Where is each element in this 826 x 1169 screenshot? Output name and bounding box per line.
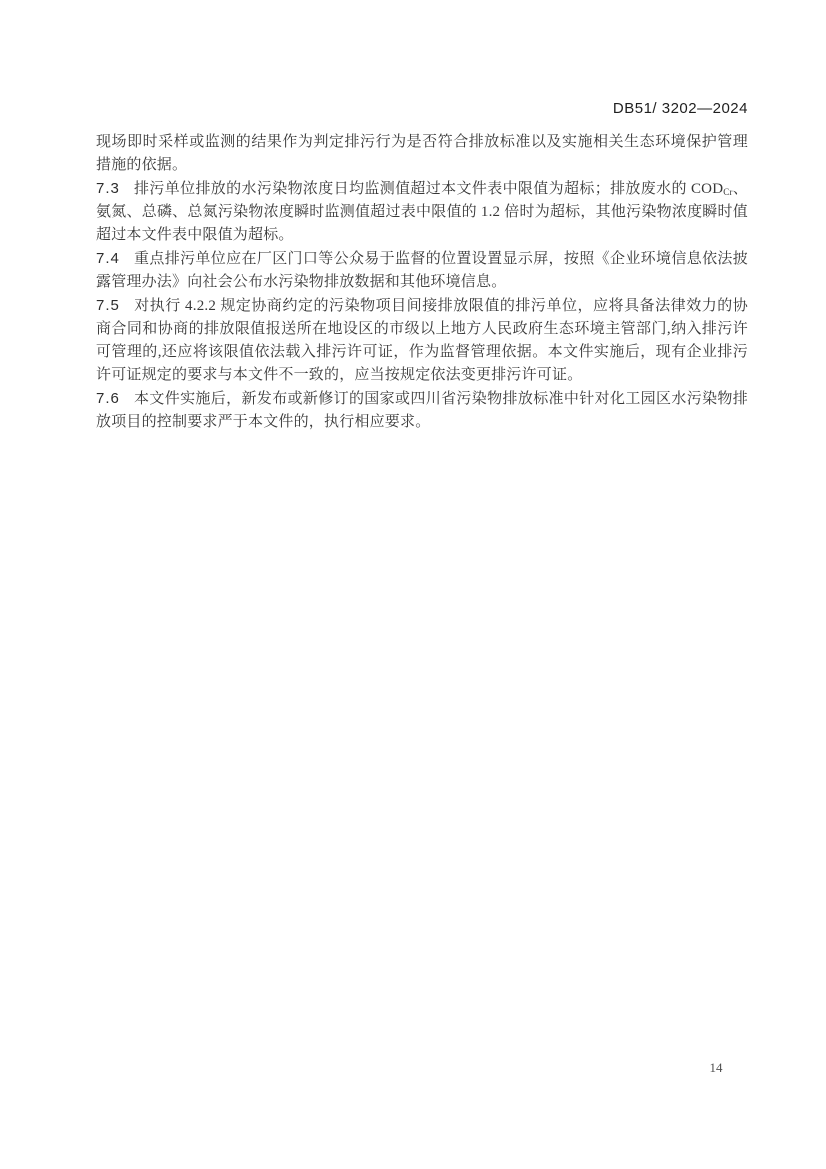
paragraph-text: 现场即时采样或监测的结果作为判定排污行为是否符合排放标准以及实施相关生态环境保护… [96,134,748,173]
clause-number: 7.5 [96,297,134,314]
clause-7-6: 7.6本文件实施后，新发布或新修订的国家或四川省污染物排放标准中针对化工园区水污… [96,387,748,434]
clause-7-5: 7.5对执行 4.2.2 规定协商约定的污染物项目间接排放限值的排污单位，应将具… [96,294,748,387]
document-page: DB51/ 3202—2024 现场即时采样或监测的结果作为判定排污行为是否符合… [0,0,826,1169]
clause-number: 7.3 [96,180,134,197]
clause-7-3: 7.3排污单位排放的水污染物浓度日均监测值超过本文件表中限值为超标；排放废水的 … [96,177,748,247]
clause-text: 排污单位排放的水污染物浓度日均监测值超过本文件表中限值为超标；排放废水的 COD [134,181,723,197]
clause-number: 7.6 [96,390,134,407]
clause-text: 重点排污单位应在厂区门口等公众易于监督的位置设置显示屏，按照《企业环境信息依法披… [96,251,748,290]
document-body: 现场即时采样或监测的结果作为判定排污行为是否符合排放标准以及实施相关生态环境保护… [96,131,748,434]
clause-text: 对执行 4.2.2 规定协商约定的污染物项目间接排放限值的排污单位，应将具备法律… [96,298,748,383]
standard-code-header: DB51/ 3202—2024 [613,100,748,117]
page-number: 14 [700,1060,732,1076]
clause-text: 本文件实施后，新发布或新修订的国家或四川省污染物排放标准中针对化工园区水污染物排… [96,391,748,430]
clause-number: 7.4 [96,250,134,267]
clause-7-4: 7.4重点排污单位应在厂区门口等公众易于监督的位置设置显示屏，按照《企业环境信息… [96,247,748,294]
paragraph-continuation: 现场即时采样或监测的结果作为判定排污行为是否符合排放标准以及实施相关生态环境保护… [96,131,748,177]
cod-cr-subscript: Cr [723,187,732,197]
